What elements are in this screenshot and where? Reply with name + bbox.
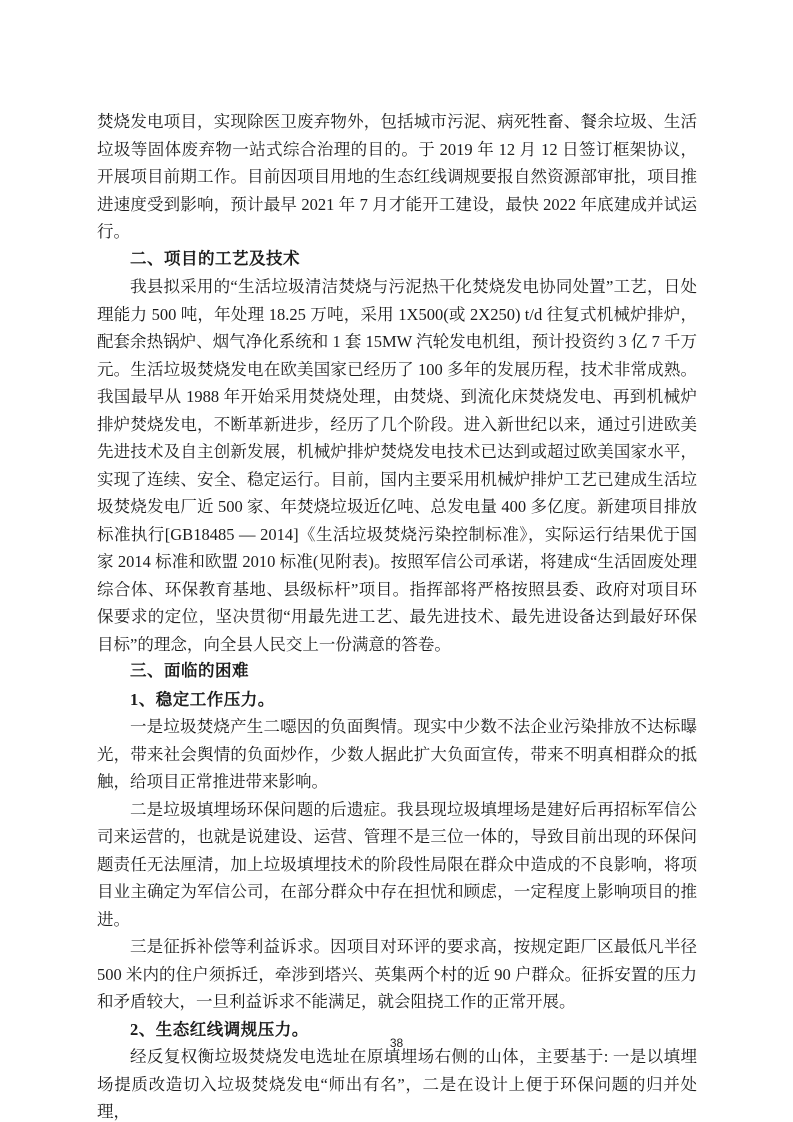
paragraph-difficulty-3: 三是征拆补偿等利益诉求。因项目对环评的要求高，按规定距厂区最低凡半径 500 米… xyxy=(97,933,697,1016)
page-number: 38 xyxy=(0,1036,793,1050)
paragraph-difficulty-2: 二是垃圾填埋场环保问题的后遗症。我县现垃圾填埋场是建好后再招标军信公司来运营的，… xyxy=(97,796,697,934)
document-page: 焚烧发电项目，实现除医卫废弃物外，包括城市污泥、病死牲畜、餐余垃圾、生活垃圾等固… xyxy=(0,0,793,1122)
document-body: 焚烧发电项目，实现除医卫废弃物外，包括城市污泥、病死牲畜、餐余垃圾、生活垃圾等固… xyxy=(97,108,697,1122)
section-heading-2: 二、项目的工艺及技术 xyxy=(97,246,697,274)
paragraph-continuation: 焚烧发电项目，实现除医卫废弃物外，包括城市污泥、病死牲畜、餐余垃圾、生活垃圾等固… xyxy=(97,108,697,246)
paragraph-technology: 我县拟采用的“生活垃圾清洁焚烧与污泥热干化焚烧发电协同处置”工艺，日处理能力 5… xyxy=(97,273,697,658)
sub-heading-1: 1、稳定工作压力。 xyxy=(97,686,697,714)
section-heading-3: 三、面临的困难 xyxy=(97,658,697,686)
paragraph-redline: 经反复权衡垃圾焚烧发电选址在原填埋场右侧的山体，主要基于: 一是以填埋场提质改造… xyxy=(97,1043,697,1122)
paragraph-difficulty-1: 一是垃圾焚烧产生二噁因的负面舆情。现实中少数不法企业污染排放不达标曝光，带来社会… xyxy=(97,713,697,796)
